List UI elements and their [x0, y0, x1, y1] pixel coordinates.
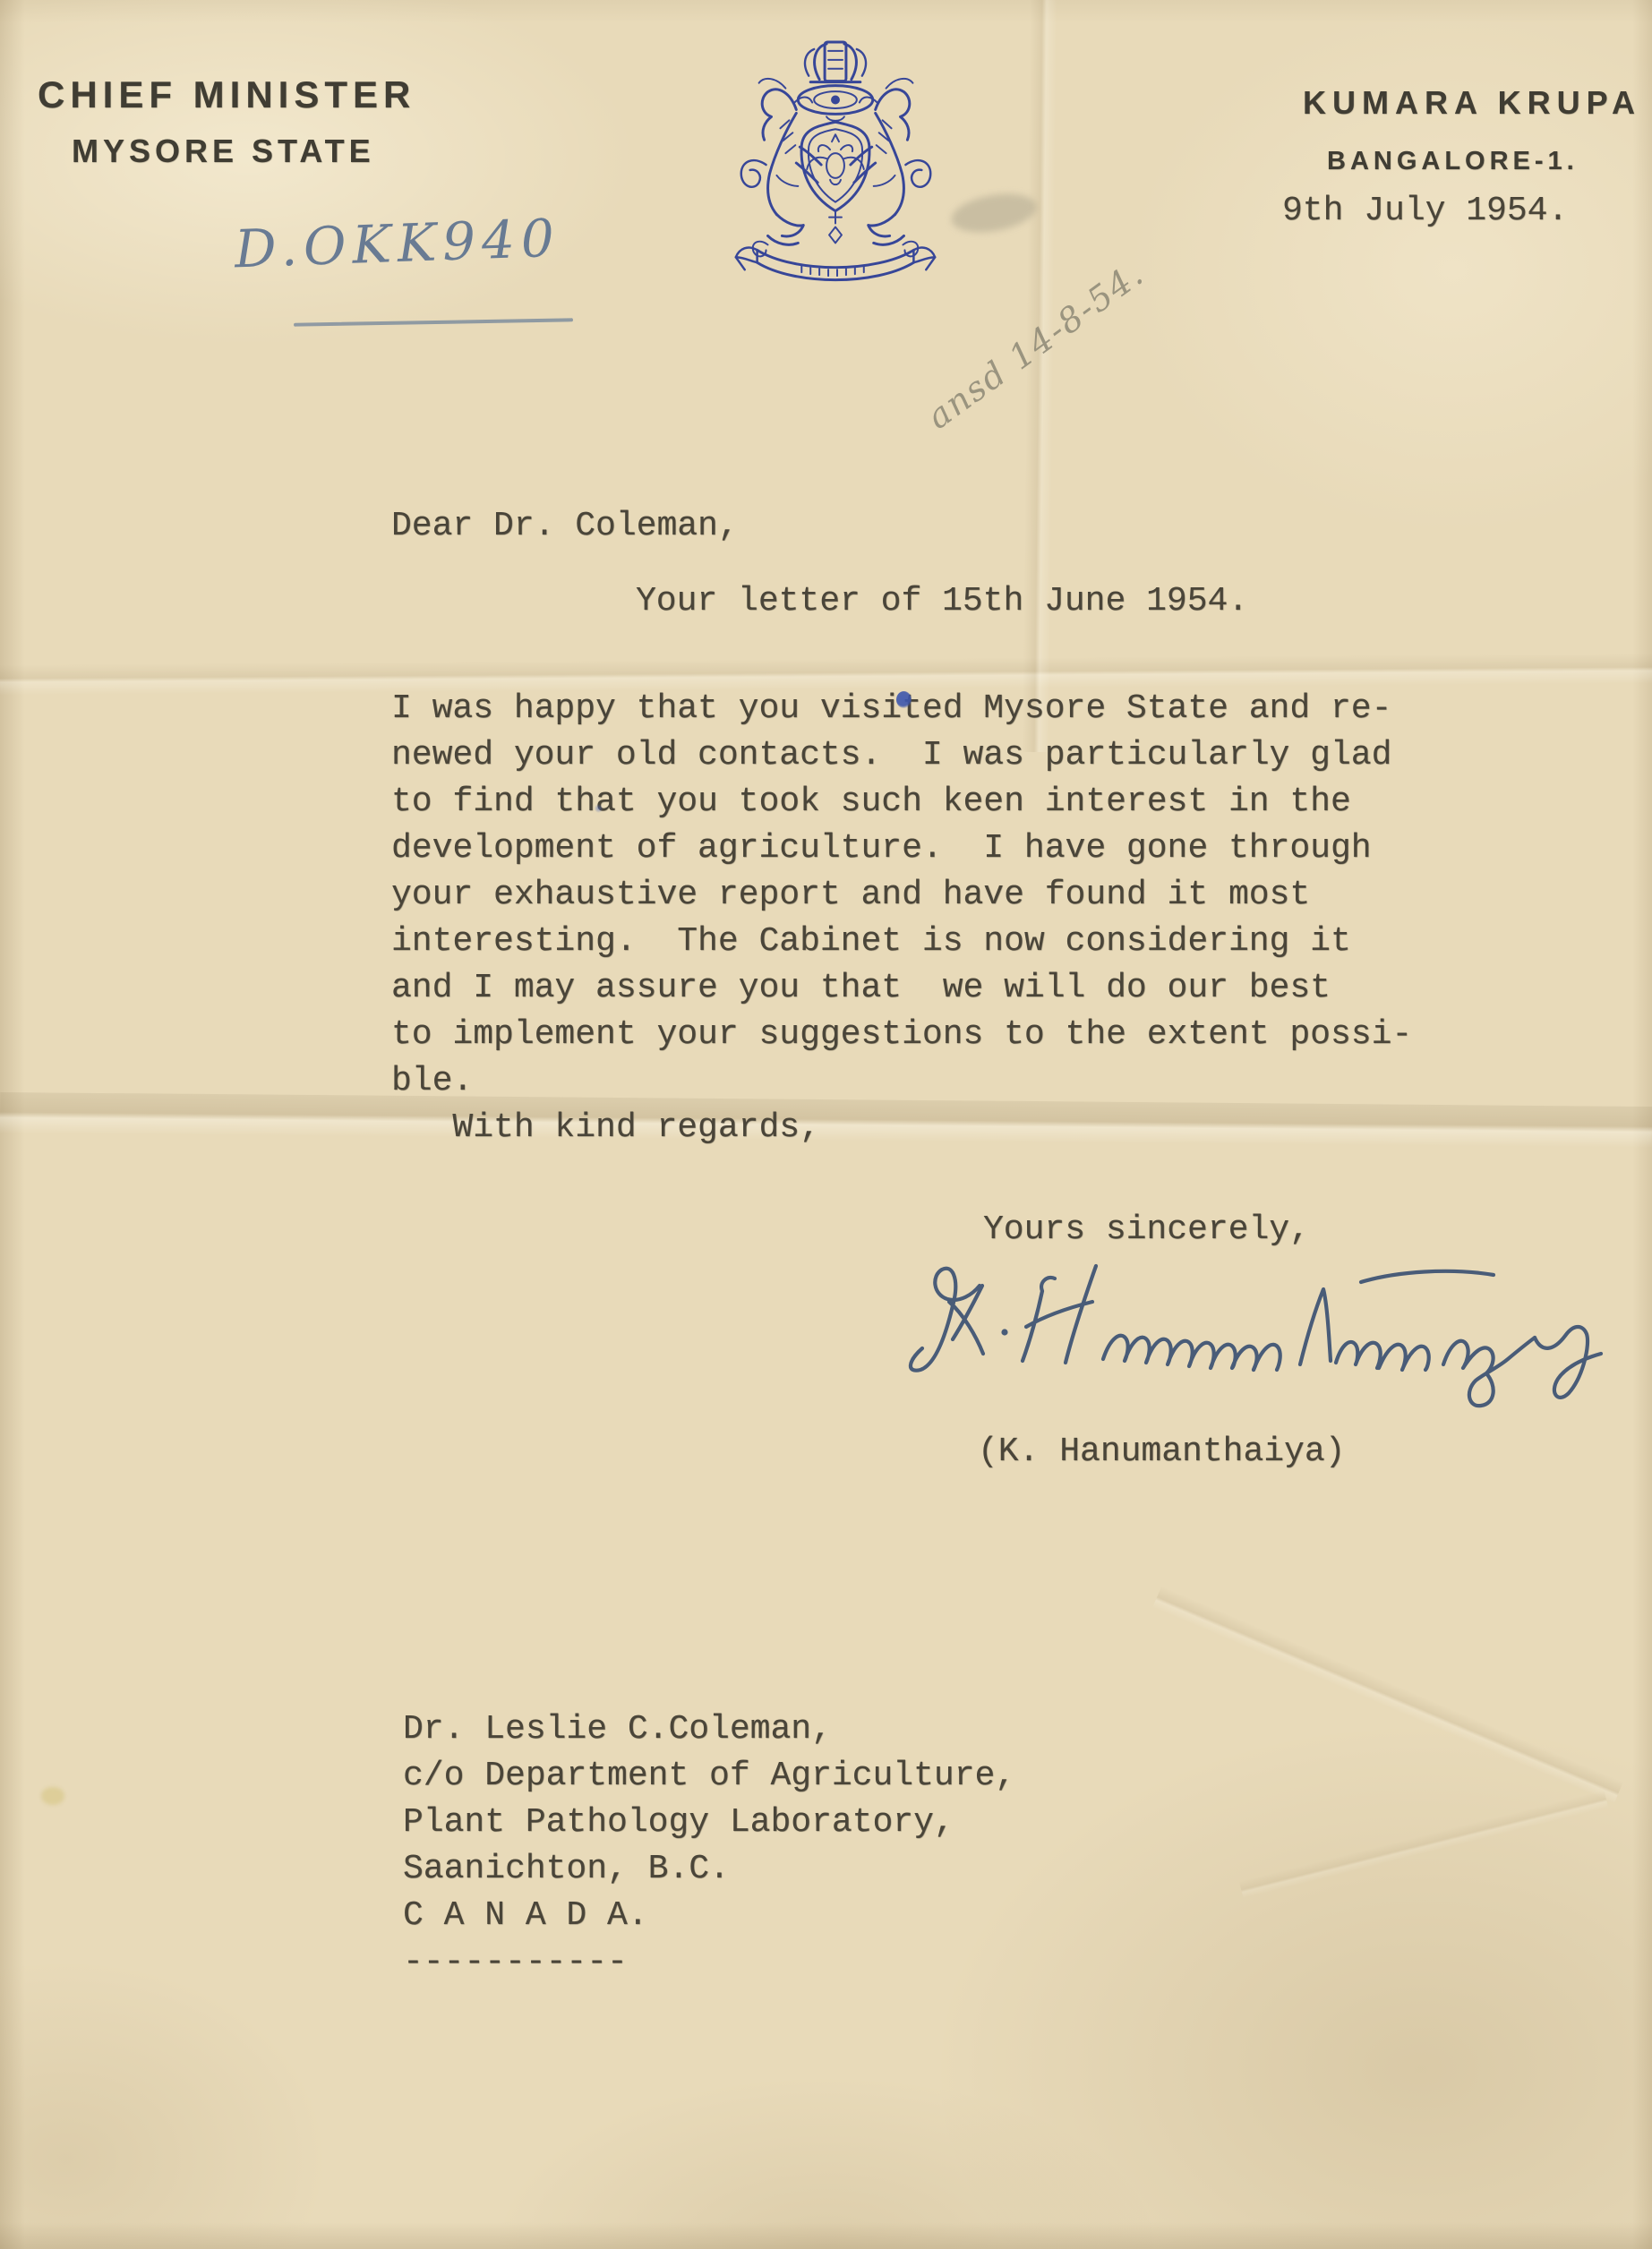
signature-handwriting	[895, 1243, 1639, 1422]
ink-blot	[896, 691, 912, 708]
recipient-line: Dr. Leslie C.Coleman,	[403, 1706, 1015, 1753]
salutation: Dear Dr. Coleman,	[391, 507, 739, 545]
body-line: to find that you took such keen interest…	[391, 779, 1412, 825]
subject-line: Your letter of 15th June 1954.	[636, 582, 1248, 620]
fold-crease-diagonal-2	[1239, 1790, 1608, 1898]
residence-name: KUMARA KRUPA	[1303, 84, 1641, 122]
recipient-line: C A N A D A.	[403, 1893, 1015, 1939]
recipient-line: c/o Department of Agriculture,	[403, 1753, 1015, 1800]
gandaberunda-shield-icon	[801, 122, 869, 210]
reference-underline	[294, 318, 573, 326]
typed-signatory-name: (K. Hanumanthaiya)	[978, 1432, 1345, 1471]
recipient-line: Plant Pathology Laboratory,	[403, 1800, 1015, 1846]
body-paragraph: I was happy that you visited Mysore Stat…	[391, 686, 1412, 1151]
body-line: newed your old contacts. I was particula…	[391, 732, 1412, 779]
mysore-state-emblem-icon	[709, 30, 963, 301]
body-line: ble.	[391, 1058, 1412, 1105]
fold-crease-vertical	[1023, 0, 1057, 752]
recipient-line: Saanichton, B.C.	[403, 1846, 1015, 1893]
paper-stain	[41, 1787, 64, 1805]
body-line: your exhaustive report and have found it…	[391, 872, 1412, 919]
recipient-end-dashes: -----------	[403, 1939, 1015, 1986]
body-line-regards: With kind regards,	[391, 1105, 1412, 1151]
fold-crease-diagonal-1	[1152, 1586, 1623, 1804]
motto-ribbon-icon	[736, 211, 935, 280]
body-line: development of agriculture. I have gone …	[391, 825, 1412, 872]
handwritten-reference-number: D.OKK940	[234, 208, 561, 280]
sender-title: CHIEF MINISTER	[38, 73, 415, 116]
sender-region: MYSORE STATE	[72, 133, 375, 170]
body-line: interesting. The Cabinet is now consider…	[391, 919, 1412, 965]
city-line: BANGALORE-1.	[1327, 147, 1579, 176]
letter-date: 9th July 1954.	[1282, 192, 1568, 230]
ashoka-capital-icon	[798, 42, 872, 121]
recipient-address: Dr. Leslie C.Coleman, c/o Department of …	[403, 1706, 1015, 1986]
body-line: to implement your suggestions to the ext…	[391, 1012, 1412, 1058]
body-line: and I may assure you that we will do our…	[391, 965, 1412, 1012]
ink-blot-small	[595, 804, 603, 813]
